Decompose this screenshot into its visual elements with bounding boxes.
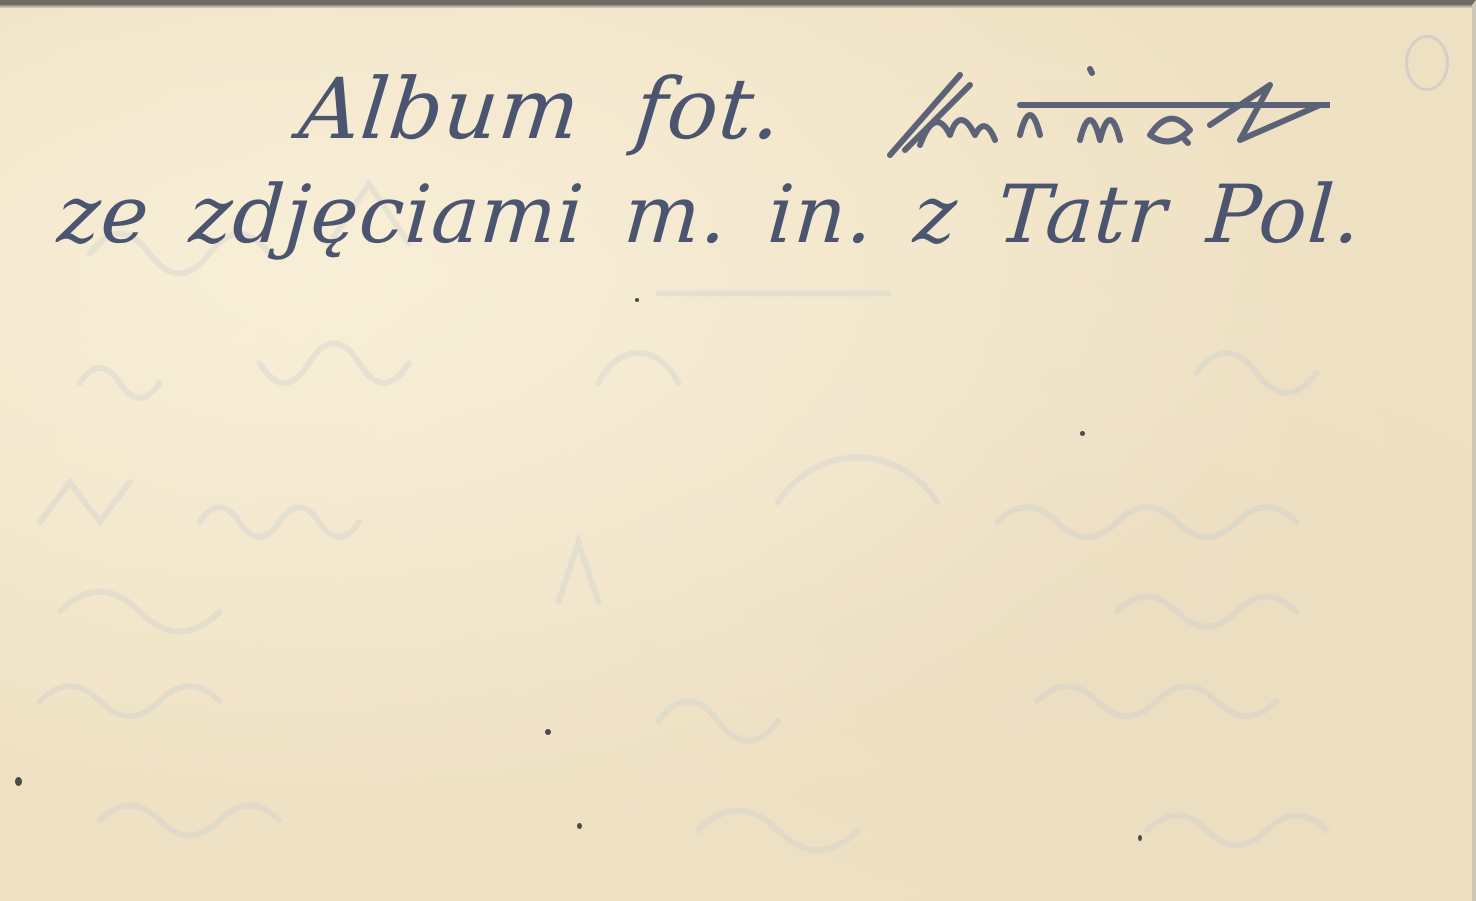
handwritten-line-2: ze zdjęciami m. in. z Tatr Pol. bbox=[55, 175, 1364, 255]
handwritten-line-1: Album fot. bbox=[296, 67, 815, 151]
ink-speck bbox=[1138, 835, 1142, 841]
word-fot: fot. bbox=[631, 67, 786, 151]
crossed-out-word bbox=[850, 55, 1330, 165]
card-top-edge bbox=[0, 5, 1472, 8]
ink-speck bbox=[635, 298, 639, 302]
word-album: Album bbox=[296, 67, 585, 151]
paper-indent-mark bbox=[1405, 35, 1449, 91]
catalog-card: Album fot. ze zdjęciami m. in. z Tatr Po… bbox=[0, 0, 1476, 901]
ink-speck bbox=[1080, 431, 1085, 436]
ink-speck bbox=[15, 777, 22, 786]
ink-speck bbox=[577, 823, 582, 829]
ink-speck bbox=[545, 729, 551, 735]
